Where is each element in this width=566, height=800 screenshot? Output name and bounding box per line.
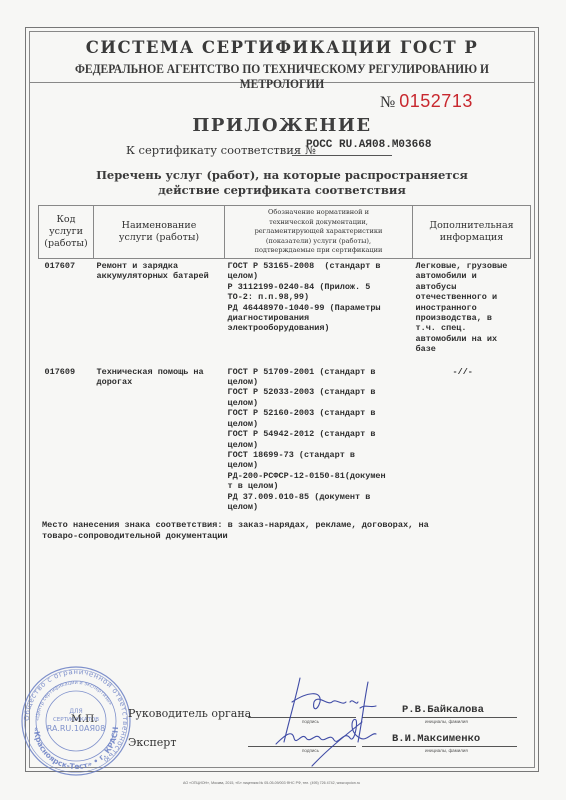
text-line: т.ч. спец.: [416, 323, 528, 333]
svg-text:RA.RU.10АЯ08: RA.RU.10АЯ08: [47, 724, 105, 733]
text-line: целом): [228, 377, 410, 387]
text-line: Дополнительная: [416, 220, 527, 232]
text-line: Ремонт и зарядка: [97, 261, 222, 271]
text-line: информация: [416, 232, 527, 244]
text-line: ГОСТ 18699-73 (стандарт в: [228, 450, 410, 460]
text-line: РД 37.009.010-85 (документ в: [228, 492, 410, 502]
text-line: (показатели) услуги (работы),: [228, 237, 409, 246]
text-line: -//-: [453, 367, 528, 377]
text-line: целом): [228, 460, 410, 470]
service-name: Техническая помощь надорогах: [94, 365, 225, 523]
name-caption: инициалы, фамилия: [425, 748, 468, 753]
text-line: целом): [228, 271, 410, 281]
form-number-value: 0152713: [399, 91, 473, 111]
text-line: автобусы: [416, 282, 528, 292]
text-line: базе: [416, 344, 528, 354]
printer-footer: АО «ОПЦИОН», Москва, 2015, «Б» лицензия …: [183, 781, 360, 785]
scope-title-line: Перечень услуг (работ), на которые распр…: [29, 168, 535, 183]
text-line: дорогах: [97, 377, 222, 387]
document-title: ПРИЛОЖЕНИЕ: [29, 115, 535, 136]
text-line: целом): [228, 398, 410, 408]
text-line: ГОСТ Р 53165-2008 (стандарт в: [228, 261, 410, 271]
service-name: Ремонт и зарядкааккумуляторных батарей: [94, 259, 225, 365]
text-line: автомобили на их: [416, 334, 528, 344]
agency-name: ФЕДЕРАЛЬНОЕ АГЕНТСТВО ПО ТЕХНИЧЕСКОМУ РЕ…: [47, 62, 518, 92]
header-normative-docs: Обозначение нормативной итехнической док…: [225, 206, 413, 259]
text-line: диагностирования: [228, 313, 410, 323]
marking-place-line: Место нанесения знака соответствия: в за…: [42, 520, 522, 531]
text-line: производства, в: [416, 313, 528, 323]
service-docs: ГОСТ Р 51709-2001 (стандарт вцелом)ГОСТ …: [225, 365, 413, 523]
text-line: услуги: [42, 226, 90, 238]
service-code: 017609: [39, 365, 94, 523]
certificate-label: К сертификату соответствия №: [126, 143, 316, 157]
table-header-row: Кодуслуги(работы) Наименованиеуслуги (ра…: [39, 206, 531, 259]
header-additional-info: Дополнительнаяинформация: [413, 206, 531, 259]
text-line: электрооборудования): [228, 323, 410, 333]
text-line: Наименование: [97, 220, 221, 232]
table-row: 017607 Ремонт и зарядкааккумуляторных ба…: [39, 259, 531, 365]
text-line: технической документации,: [228, 218, 409, 227]
text-line: целом): [228, 502, 410, 512]
text-line: т в целом): [228, 481, 410, 491]
text-line: Р 3112199-0240-84 (Прилож. 5: [228, 282, 410, 292]
certificate-number: РОСС RU.АЯ08.М03668: [306, 139, 431, 151]
head-name: Р.В.Байкалова: [402, 704, 484, 716]
text-line: аккумуляторных батарей: [97, 271, 222, 281]
text-line: регламентирующей характеристики: [228, 227, 409, 236]
text-line: Код: [42, 214, 90, 226]
text-line: Легковые, грузовые: [416, 261, 528, 271]
text-line: (работы): [42, 238, 90, 250]
expert-label: Эксперт: [128, 736, 176, 749]
service-info: -//-: [413, 365, 531, 523]
marking-place-line: товаро-сопроводительной документации: [42, 531, 522, 542]
form-number: № 0152713: [380, 91, 473, 112]
text-line: отечественного и: [416, 292, 528, 302]
scope-title-line: действие сертификата соответствия: [29, 183, 535, 198]
seal-place-label: М.П.: [71, 713, 98, 725]
text-line: ГОСТ Р 52160-2003 (стандарт в: [228, 408, 410, 418]
table-row: 017609 Техническая помощь надорогах ГОСТ…: [39, 365, 531, 523]
text-line: автомобили и: [416, 271, 528, 281]
text-line: ГОСТ Р 54942-2012 (стандарт в: [228, 429, 410, 439]
header-service-name: Наименованиеуслуги (работы): [94, 206, 225, 259]
certification-system-title: СИСТЕМА СЕРТИФИКАЦИИ ГОСТ Р: [29, 38, 535, 57]
head-of-body-label: Руководитель органа: [128, 707, 251, 720]
text-line: Техническая помощь на: [97, 367, 222, 377]
service-docs: ГОСТ Р 53165-2008 (стандарт вцелом)Р 311…: [225, 259, 413, 365]
number-sign: №: [380, 94, 395, 111]
text-line: ГОСТ Р 51709-2001 (стандарт в: [228, 367, 410, 377]
expert-name: В.И.Максименко: [392, 733, 480, 745]
name-caption: инициалы, фамилия: [425, 719, 468, 724]
text-line: услуги (работы): [97, 232, 221, 244]
signature-icon: [272, 672, 402, 767]
text-line: ТО-2: п.п.98,99): [228, 292, 410, 302]
text-line: РД-200-РСФСР-12-0150-81(докумен: [228, 471, 410, 481]
services-table: Кодуслуги(работы) Наименованиеуслуги (ра…: [38, 205, 531, 522]
text-line: РД 46448970-1040-99 (Параметры: [228, 303, 410, 313]
marking-place-note: Место нанесения знака соответствия: в за…: [42, 520, 522, 542]
text-line: Обозначение нормативной и: [228, 208, 409, 217]
text-line: иностранного: [416, 303, 528, 313]
text-line: подтверждаемые при сертификации: [228, 246, 409, 255]
service-info: Легковые, грузовыеавтомобили иавтобусыот…: [413, 259, 531, 365]
text-line: целом): [228, 419, 410, 429]
text-line: ГОСТ Р 52033-2003 (стандарт в: [228, 387, 410, 397]
text-line: целом): [228, 440, 410, 450]
service-code: 017607: [39, 259, 94, 365]
scope-title: Перечень услуг (работ), на которые распр…: [29, 168, 535, 198]
header-code: Кодуслуги(работы): [39, 206, 94, 259]
